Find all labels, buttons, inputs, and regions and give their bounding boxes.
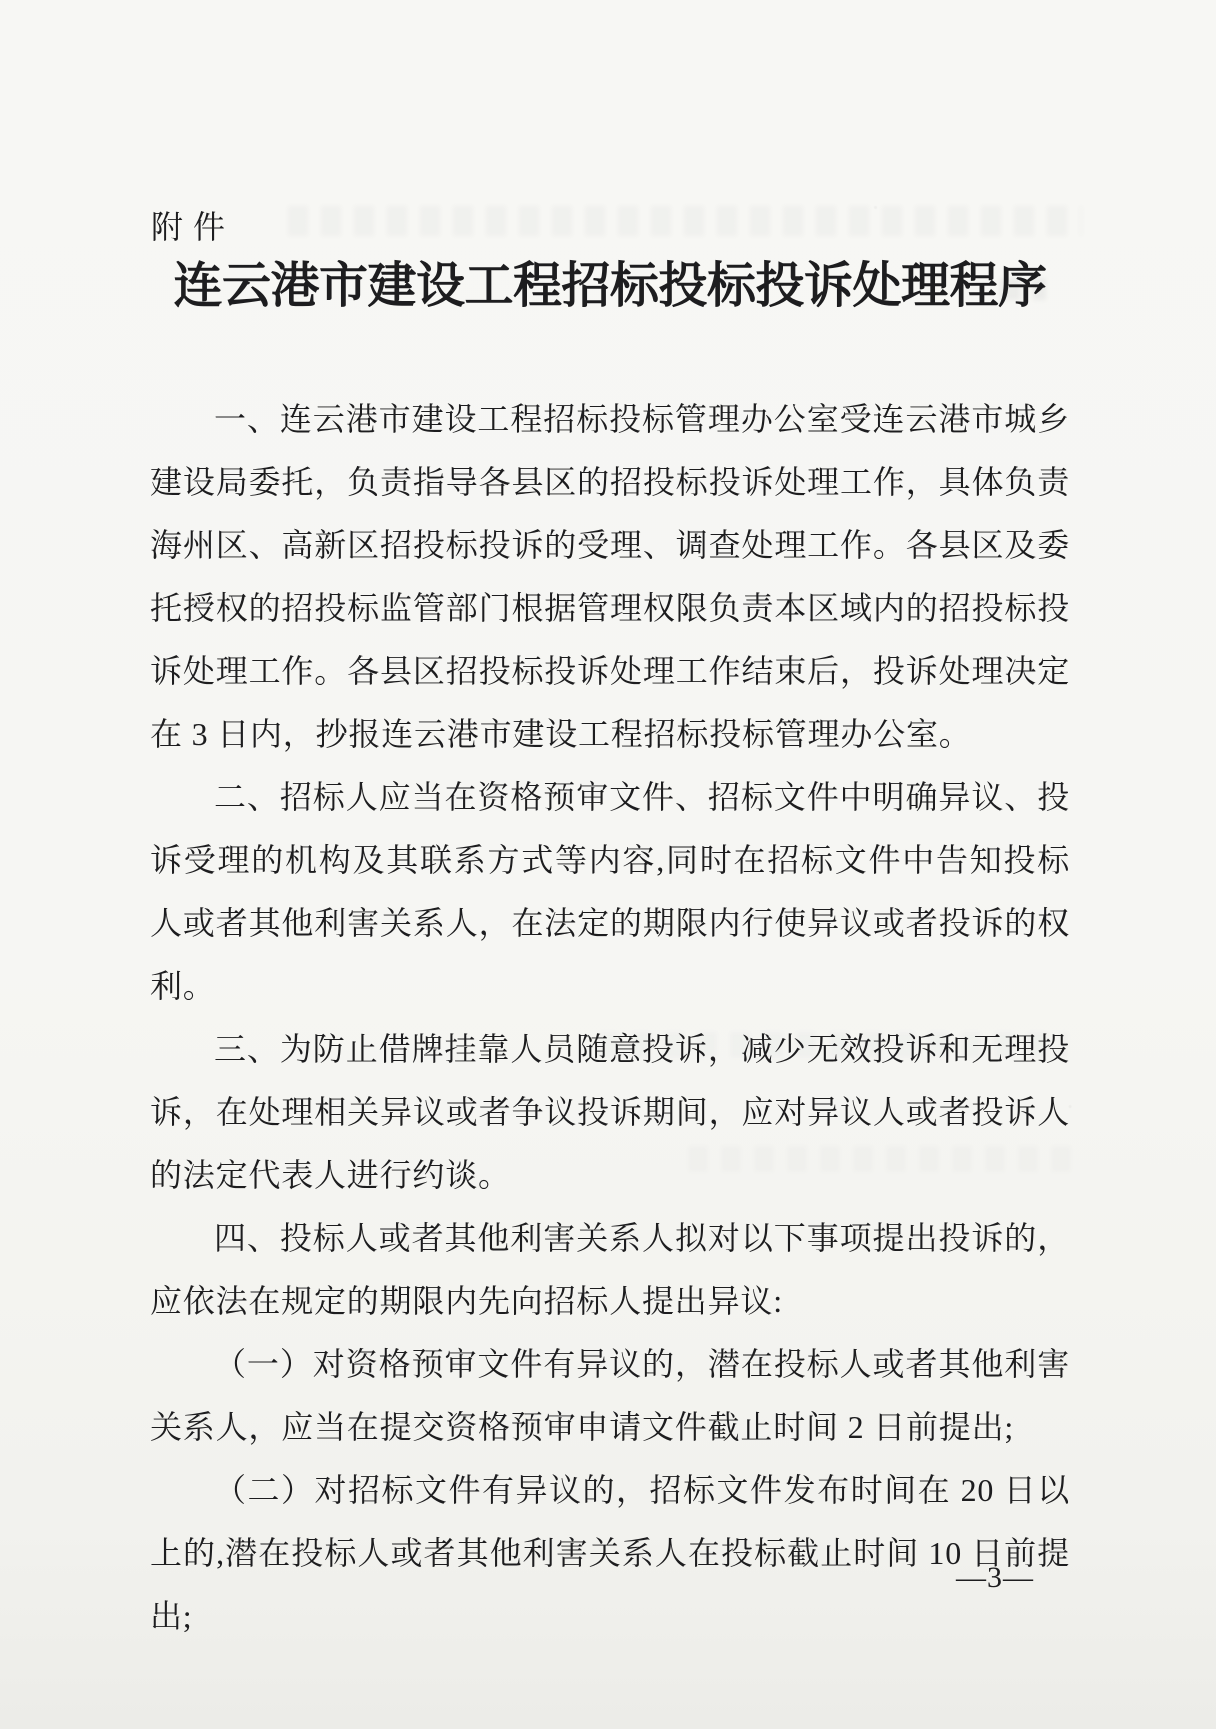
paragraph-5-item-one: （一）对资格预审文件有异议的，潜在投标人或者其他利害关系人，应当在提交资格预审申… [150, 1333, 1070, 1459]
document-body: 一、连云港市建设工程招标投标管理办公室受连云港市城乡建设局委托，负责指导各县区的… [150, 388, 1070, 1648]
scanned-document-page: 附件 连云港市建设工程招标投标投诉处理程序 一、连云港市建设工程招标投标管理办公… [0, 0, 1216, 1729]
document-title: 连云港市建设工程招标投标投诉处理程序 [150, 256, 1070, 316]
paragraph-3: 三、为防止借牌挂靠人员随意投诉，减少无效投诉和无理投诉，在处理相关异议或者争议投… [150, 1018, 1070, 1207]
paragraph-2: 二、招标人应当在资格预审文件、招标文件中明确异议、投诉受理的机构及其联系方式等内… [150, 766, 1070, 1018]
paragraph-4: 四、投标人或者其他利害关系人拟对以下事项提出投诉的，应依法在规定的期限内先向招标… [150, 1207, 1070, 1333]
paragraph-1: 一、连云港市建设工程招标投标管理办公室受连云港市城乡建设局委托，负责指导各县区的… [150, 388, 1070, 766]
paragraph-6-item-two: （二）对招标文件有异议的，招标文件发布时间在 20 日以上的,潜在投标人或者其他… [150, 1459, 1070, 1648]
attachment-label: 附件 [151, 207, 235, 247]
bleed-through-artifact [288, 206, 1082, 236]
page-number: —3— [956, 1558, 1034, 1598]
